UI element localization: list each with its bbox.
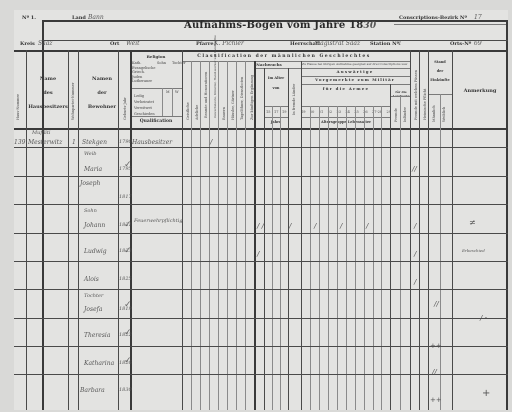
owner-header-line3: Hausbesitzers (28, 104, 68, 110)
col-line (288, 68, 289, 410)
party-number: 1 (72, 139, 76, 146)
header-line (254, 68, 410, 69)
col-line (68, 50, 69, 410)
qualification: Hausbesitzer (132, 139, 172, 146)
resident-name: Alois (84, 276, 99, 283)
partei-header: Wohnpartei-Nummer (71, 80, 75, 120)
einkunft-line1: Stand (428, 60, 452, 64)
relation-label: Tochter (84, 293, 103, 299)
checkmark-icon: ✓ (124, 220, 132, 230)
owner-name-header: Name des Hausbesitzers (28, 76, 68, 110)
row-line (14, 261, 508, 262)
header-line (264, 106, 288, 107)
col-line (328, 106, 329, 410)
reserve-title: Zu Hause bei übrigen Aufnahme geeignet a… (302, 62, 408, 66)
ort-value: Weit (126, 40, 140, 47)
resident-header-line2: der (82, 90, 122, 96)
owner-title: Muffliti (32, 130, 50, 136)
land-value: Bann (88, 14, 104, 21)
nachwuchs-header: Nachwuchs (254, 62, 284, 67)
station-label: Station Nº (370, 41, 399, 47)
resident-name: Johann (84, 222, 105, 229)
col-line (400, 96, 401, 410)
hausnummer-header: Haus-Nummer (16, 70, 20, 120)
class-col: Beamte und Honoratioren (204, 68, 208, 118)
col-line (319, 106, 320, 410)
checkmark-icon: ✓ (124, 300, 132, 310)
fremde-header: Fremde mit welchen Pässen (414, 66, 418, 120)
col-line (301, 61, 302, 410)
stand-vdivider (172, 88, 173, 116)
col-line (337, 106, 338, 410)
im-alter-line1: Im Alter (264, 76, 288, 80)
religion-row: Lutheraner (132, 79, 156, 84)
col-line (364, 106, 365, 410)
owner-header-line1: Name (28, 76, 68, 82)
tally-mark: / (366, 222, 368, 230)
resident-name: Katharina (84, 360, 114, 367)
col-line (310, 106, 311, 410)
col-line (78, 50, 79, 410)
col-line (182, 50, 183, 410)
col-line (272, 106, 273, 410)
col-line (227, 61, 228, 410)
col-line (428, 50, 429, 410)
right-border (506, 20, 508, 410)
im-alter-header: Im Alter von (264, 76, 288, 90)
zu-fremd-header: In fremde Länder (292, 85, 296, 115)
header-bottom-border (14, 128, 508, 130)
tally-mark: / (414, 222, 416, 230)
tally-mark: / (414, 278, 416, 286)
resident-name: Theresia (84, 332, 110, 339)
owner-name: Mesterwitz (28, 139, 62, 146)
im-alter-line2: von (264, 86, 288, 90)
tally-mark: ++ (430, 396, 442, 404)
jahre-label: Jahre (264, 120, 288, 124)
qualification: Feuerwehrpflichtig (134, 218, 183, 224)
birth-year-header: Geburts-Jahr (123, 90, 127, 120)
resident-name-header: Namen der Bewohner (82, 76, 122, 110)
col-line (373, 106, 374, 410)
einkunft-header: Stand der Einkünfte (428, 60, 452, 82)
header-line (302, 76, 410, 77)
census-sheet: Nº 1. Land Bann Aufnahms-Bogen vom Jahre… (14, 10, 508, 410)
birth-year: 1817 (119, 194, 132, 200)
resident-name: Barbara (80, 387, 105, 394)
col-line (419, 50, 420, 410)
birth-year: 1790 (119, 139, 132, 145)
row-line (14, 204, 508, 205)
resident-name: Ludwig (84, 248, 107, 255)
qualification-divider (130, 116, 182, 117)
ort-label: Ort (110, 41, 119, 47)
header-line (302, 84, 410, 85)
tally-mark: / / (257, 222, 264, 230)
row-line (14, 147, 508, 148)
stand-col-m: M (166, 90, 170, 94)
vorgemerkt-header: Vorgemerkte zum Militär (302, 77, 408, 82)
table-top-border (14, 50, 508, 52)
resident-name: Josefa (84, 306, 102, 313)
class-col: Bauern (222, 90, 226, 120)
col-line (218, 61, 219, 410)
tally-mark: // (432, 368, 437, 376)
class-col: Tagelöhner, Dienstboten (240, 74, 244, 120)
class-col: Häusler, Gärtner (231, 80, 235, 120)
einkunft-col: Weiblich (442, 100, 446, 122)
einkunft-line3: Einkünfte (428, 78, 452, 82)
checkmark-icon: ✓ (124, 246, 132, 256)
remark-text: Erbeschied (462, 248, 485, 253)
religion-title: Religion (130, 54, 182, 59)
einkunft-line2: der (428, 69, 452, 73)
birth-year: 1825 (119, 276, 132, 282)
pfarre-value: K. Pichler (214, 40, 244, 47)
class-col: Gewerbsleute, Künstler, Hand-werker und … (213, 66, 217, 118)
landwehr-col: Inländer (403, 102, 407, 122)
title-text: Aufnahms-Bogen vom Jahre 18 (184, 20, 363, 31)
stand-vdivider (162, 88, 163, 116)
tally-mark: / (289, 222, 291, 230)
col-line (191, 61, 192, 410)
station-value: 1 (398, 40, 402, 47)
pfarre-label: Pfarre (196, 41, 214, 47)
anmerkung-header: Anmerkung (454, 88, 506, 94)
tally-mark: // (412, 165, 417, 173)
resident-name: Maria (84, 166, 102, 173)
kreis-label: Kreis (20, 41, 35, 47)
resident-name: Stekgen (82, 139, 107, 146)
remark: + (482, 388, 490, 399)
col-line (264, 68, 265, 410)
landwehr-col: Fremde (394, 102, 398, 122)
resident-header-line1: Namen (82, 76, 122, 82)
row-line (14, 233, 508, 234)
religion-divider (130, 88, 182, 89)
header-line (264, 117, 288, 118)
resident-header-line3: Bewohner (82, 104, 122, 110)
remark: / - (480, 314, 487, 322)
checkmark-icon: ✓ (124, 328, 132, 338)
col-line (254, 61, 256, 410)
armee-header: für die Armee (302, 86, 390, 91)
year-value: 30 (363, 21, 376, 31)
row-line (14, 176, 508, 177)
remark: ≠ (469, 218, 476, 227)
conscription-label: Conscriptions-Bezirk Nº (399, 15, 467, 21)
col-line (209, 61, 210, 410)
col-line (245, 61, 246, 410)
tally-mark: / (414, 250, 416, 258)
age-col: 17 (274, 110, 278, 114)
orts-label: Orts-Nº (450, 41, 471, 47)
col-line (355, 106, 356, 410)
tally-mark: / (314, 222, 316, 230)
stand-list: Ledig Verheiratet Verwitwet Geschieden (134, 93, 155, 117)
stand-col-w: W (175, 90, 179, 94)
relation-label: Weib (84, 151, 97, 157)
tally-mark: // (434, 300, 439, 308)
land-label: Land (72, 15, 86, 21)
col-line (118, 50, 119, 410)
class-col: Geistliche (186, 80, 190, 120)
tally-mark: / (257, 250, 259, 258)
col-line (346, 106, 347, 410)
row-line (14, 318, 508, 319)
resident-name: Joseph (80, 180, 100, 187)
col-line (200, 61, 201, 410)
col-line (280, 106, 281, 410)
checkmark-icon: ✓ (124, 160, 132, 170)
einkunft-col: Männlich (432, 100, 436, 122)
col-line (440, 94, 441, 410)
qualification-header: Qualification (130, 119, 182, 124)
age-col: 19 (282, 110, 286, 114)
age-col: 15 (266, 110, 270, 114)
birth-year: 1830 (119, 387, 132, 393)
relation-label: Sohn (84, 208, 97, 214)
ausweis-header: Auswärtige (302, 69, 408, 74)
religion-list: Kath. Evangelische Griech. Juden Luthera… (132, 61, 156, 84)
conscription-value: 17 (474, 14, 482, 21)
class-col: Adeliche (195, 80, 199, 120)
orts-value: 69 (474, 40, 482, 47)
tally-mark: / (340, 222, 342, 230)
col-line (236, 61, 237, 410)
col-line (26, 50, 27, 410)
col-line (381, 106, 382, 410)
checkmark-icon: ✓ (124, 356, 132, 366)
col-line (452, 50, 453, 410)
tally-mark: ++ (430, 342, 442, 350)
kreis-value: Saaz (38, 40, 52, 47)
house-number: 139 (14, 139, 25, 146)
owner-header-line2: des (28, 90, 68, 96)
religion-col-1: Sohn (157, 61, 166, 65)
document-title: Aufnahms-Bogen vom Jahre 1830 (184, 20, 376, 31)
row-line (14, 289, 508, 290)
col-line (410, 50, 411, 410)
number-label: Nº 1. (22, 15, 36, 21)
conscription-underline (394, 24, 506, 25)
col-line (390, 84, 391, 410)
heimisch-header: Heimische Pflicht (423, 80, 427, 120)
tally-mark: / (210, 138, 212, 146)
herrschaft-value: Magistrat Saaz (314, 40, 360, 47)
